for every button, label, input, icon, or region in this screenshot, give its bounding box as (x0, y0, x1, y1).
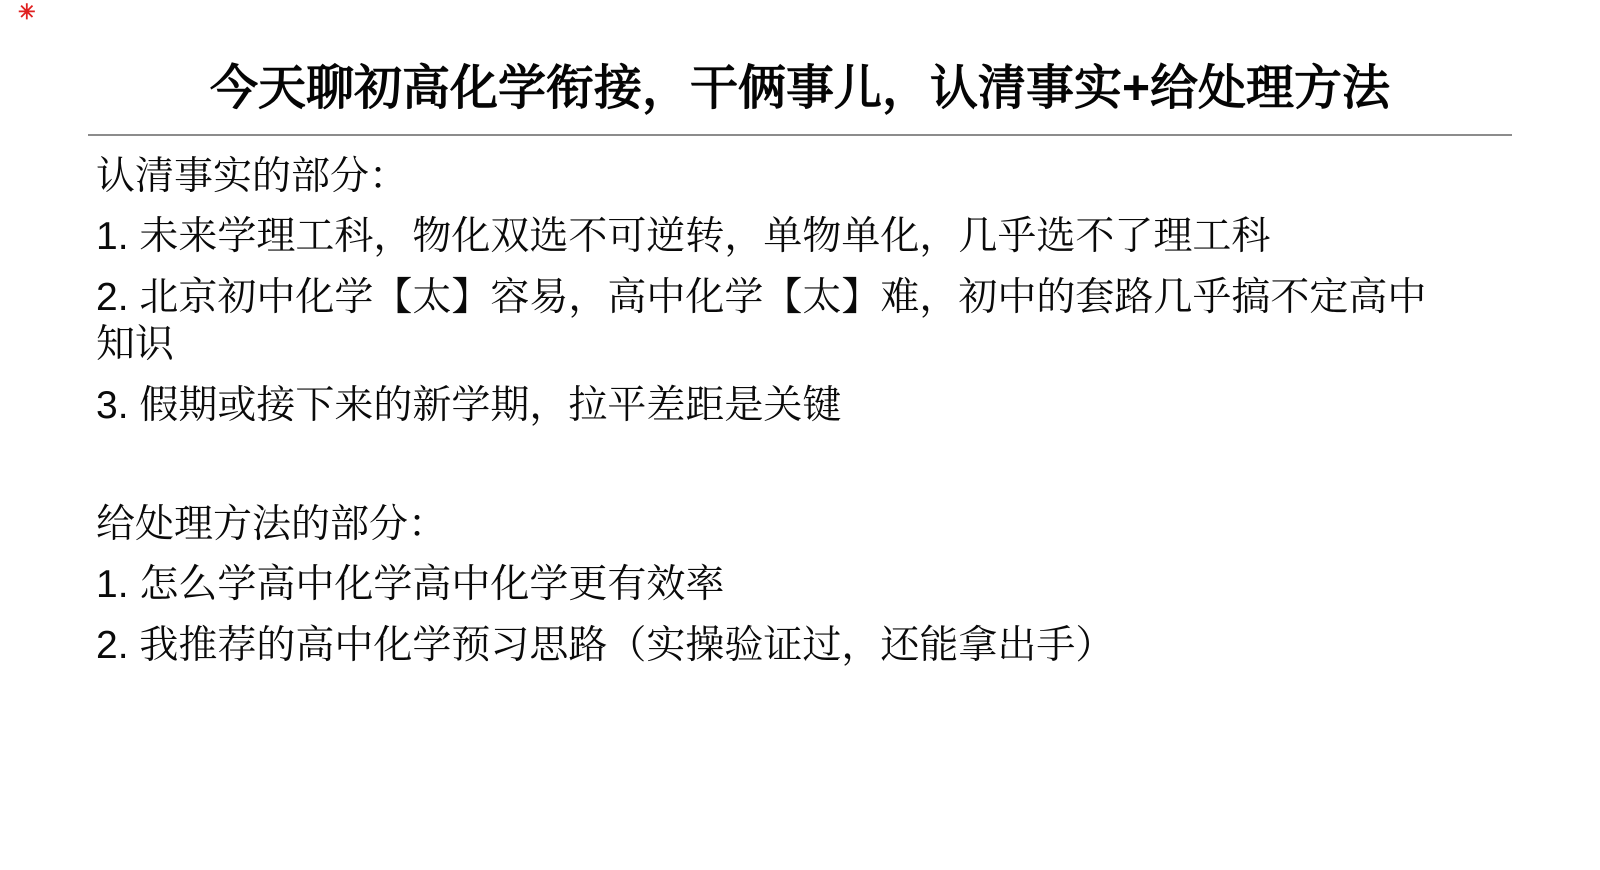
section-facts-item-2: 2. 北京初中化学【太】容易，高中化学【太】难，初中的套路几乎搞不定高中知识 (96, 275, 1450, 369)
section-facts-heading: 认清事实的部分： (96, 154, 1450, 201)
section-spacer (96, 444, 1450, 502)
section-methods-item-1: 1. 怎么学高中化学高中化学更有效率 (96, 562, 1450, 609)
slide-page: ✳ 今天聊初高化学衔接，干俩事儿，认清事实+给处理方法 认清事实的部分： 1. … (0, 0, 1600, 870)
section-facts-item-1: 1. 未来学理工科，物化双选不可逆转，单物单化，几乎选不了理工科 (96, 214, 1450, 261)
section-methods-item-2: 2. 我推荐的高中化学预习思路（实操验证过，还能拿出手） (96, 623, 1450, 670)
title-divider (88, 134, 1512, 136)
section-facts-item-3: 3. 假期或接下来的新学期，拉平差距是关键 (96, 383, 1450, 430)
page-title: 今天聊初高化学衔接，干俩事儿，认清事实+给处理方法 (90, 60, 1510, 118)
red-corner-mark-icon: ✳ (18, 2, 36, 23)
slide-body: 认清事实的部分： 1. 未来学理工科，物化双选不可逆转，单物单化，几乎选不了理工… (96, 154, 1450, 670)
section-methods-heading: 给处理方法的部分： (96, 502, 1450, 549)
